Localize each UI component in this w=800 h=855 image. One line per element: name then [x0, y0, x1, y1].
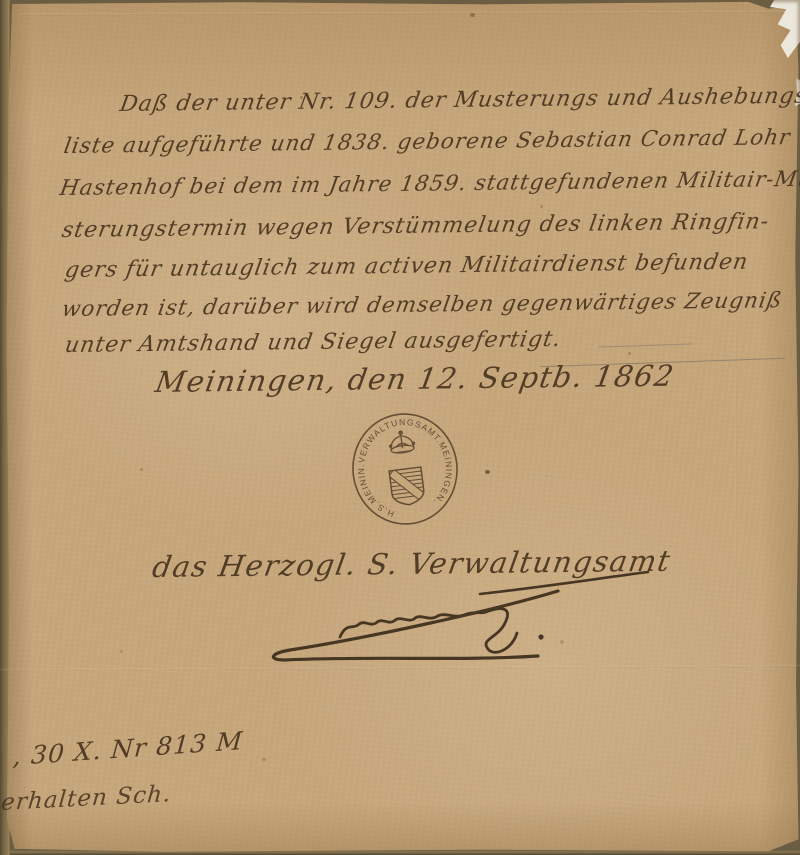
signature-sweep-stroke	[273, 591, 558, 660]
photographed-document: Daß der unter Nr. 109. der Musterungs un…	[0, 0, 800, 855]
stain-speck	[485, 470, 490, 474]
stain-speck	[540, 205, 543, 208]
crown-icon	[388, 429, 416, 454]
shield-icon	[388, 466, 426, 507]
dateline: Meiningen, den 12. Septb. 1862	[153, 359, 677, 399]
signature	[240, 565, 670, 675]
issuer-underline-stroke	[480, 572, 648, 594]
stamp-graphic: H.S.MEININ.VERWALTUNGSAMT.MEININGEN.	[342, 404, 468, 535]
stain-speck	[140, 468, 143, 471]
signature-name-stroke	[340, 609, 517, 653]
fold-crease	[735, 60, 737, 760]
stain-speck	[262, 758, 266, 761]
stain-speck	[120, 650, 123, 653]
signature-period-dot	[538, 634, 543, 639]
stain-speck	[628, 352, 631, 355]
official-stamp: H.S.MEININ.VERWALTUNGSAMT.MEININGEN.	[342, 404, 468, 535]
stain-speck	[470, 13, 475, 17]
